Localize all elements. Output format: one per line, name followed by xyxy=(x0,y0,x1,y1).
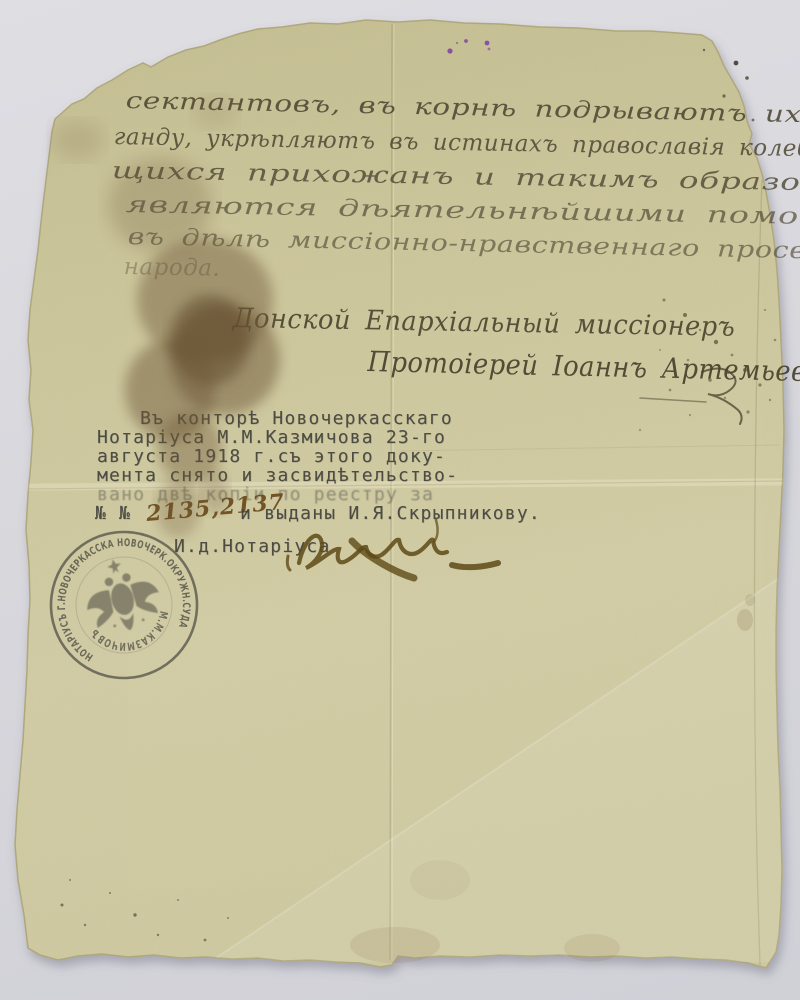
notary-typed-line: Нотаріуса М.М.Казмичова 23-го xyxy=(97,427,446,448)
handwritten-line: въ дѣлѣ миссіонно-нравственнаго просвѣще… xyxy=(127,224,800,267)
notary-typed-line: августа 1918 г.съ этого доку- xyxy=(97,446,446,467)
acting-notary-label: И.д.Нотаріуса xyxy=(174,536,330,557)
stamp-inner-text: М.М.КАЗМИЧОВЪ xyxy=(86,607,177,662)
registry-issued-to: и выданы И.Я.Скрыпникову. xyxy=(240,503,541,524)
bottom-faint-stains xyxy=(350,594,755,963)
handwritten-line: щихся прихожанъ и такимъ образомъ xyxy=(112,158,800,197)
missionary-signature-line: Протоіерей Іоаннъ Артемьевъ xyxy=(367,345,800,388)
handwritten-line: народа. xyxy=(124,254,221,282)
handwritten-line: сектантовъ, въ корнѣ подрываютъ ихъ проп… xyxy=(125,88,800,131)
handwritten-line: ганду, укрѣпляютъ въ истинахъ православі… xyxy=(114,124,800,163)
notary-typed-line: мента снято и засвидѣтельство- xyxy=(97,465,458,486)
registry-number-prefix: № № xyxy=(95,503,131,524)
purple-ink-specks xyxy=(447,39,490,54)
notary-typed-line: Въ конторѣ Новочеркасскаго xyxy=(140,408,453,429)
svg-text:М.М.КАЗМИЧОВЪ: М.М.КАЗМИЧОВЪ xyxy=(86,607,177,662)
double-headed-eagle-emblem xyxy=(77,550,166,639)
missionary-title-line: Донской Епархіальный миссіонеръ xyxy=(232,303,735,343)
